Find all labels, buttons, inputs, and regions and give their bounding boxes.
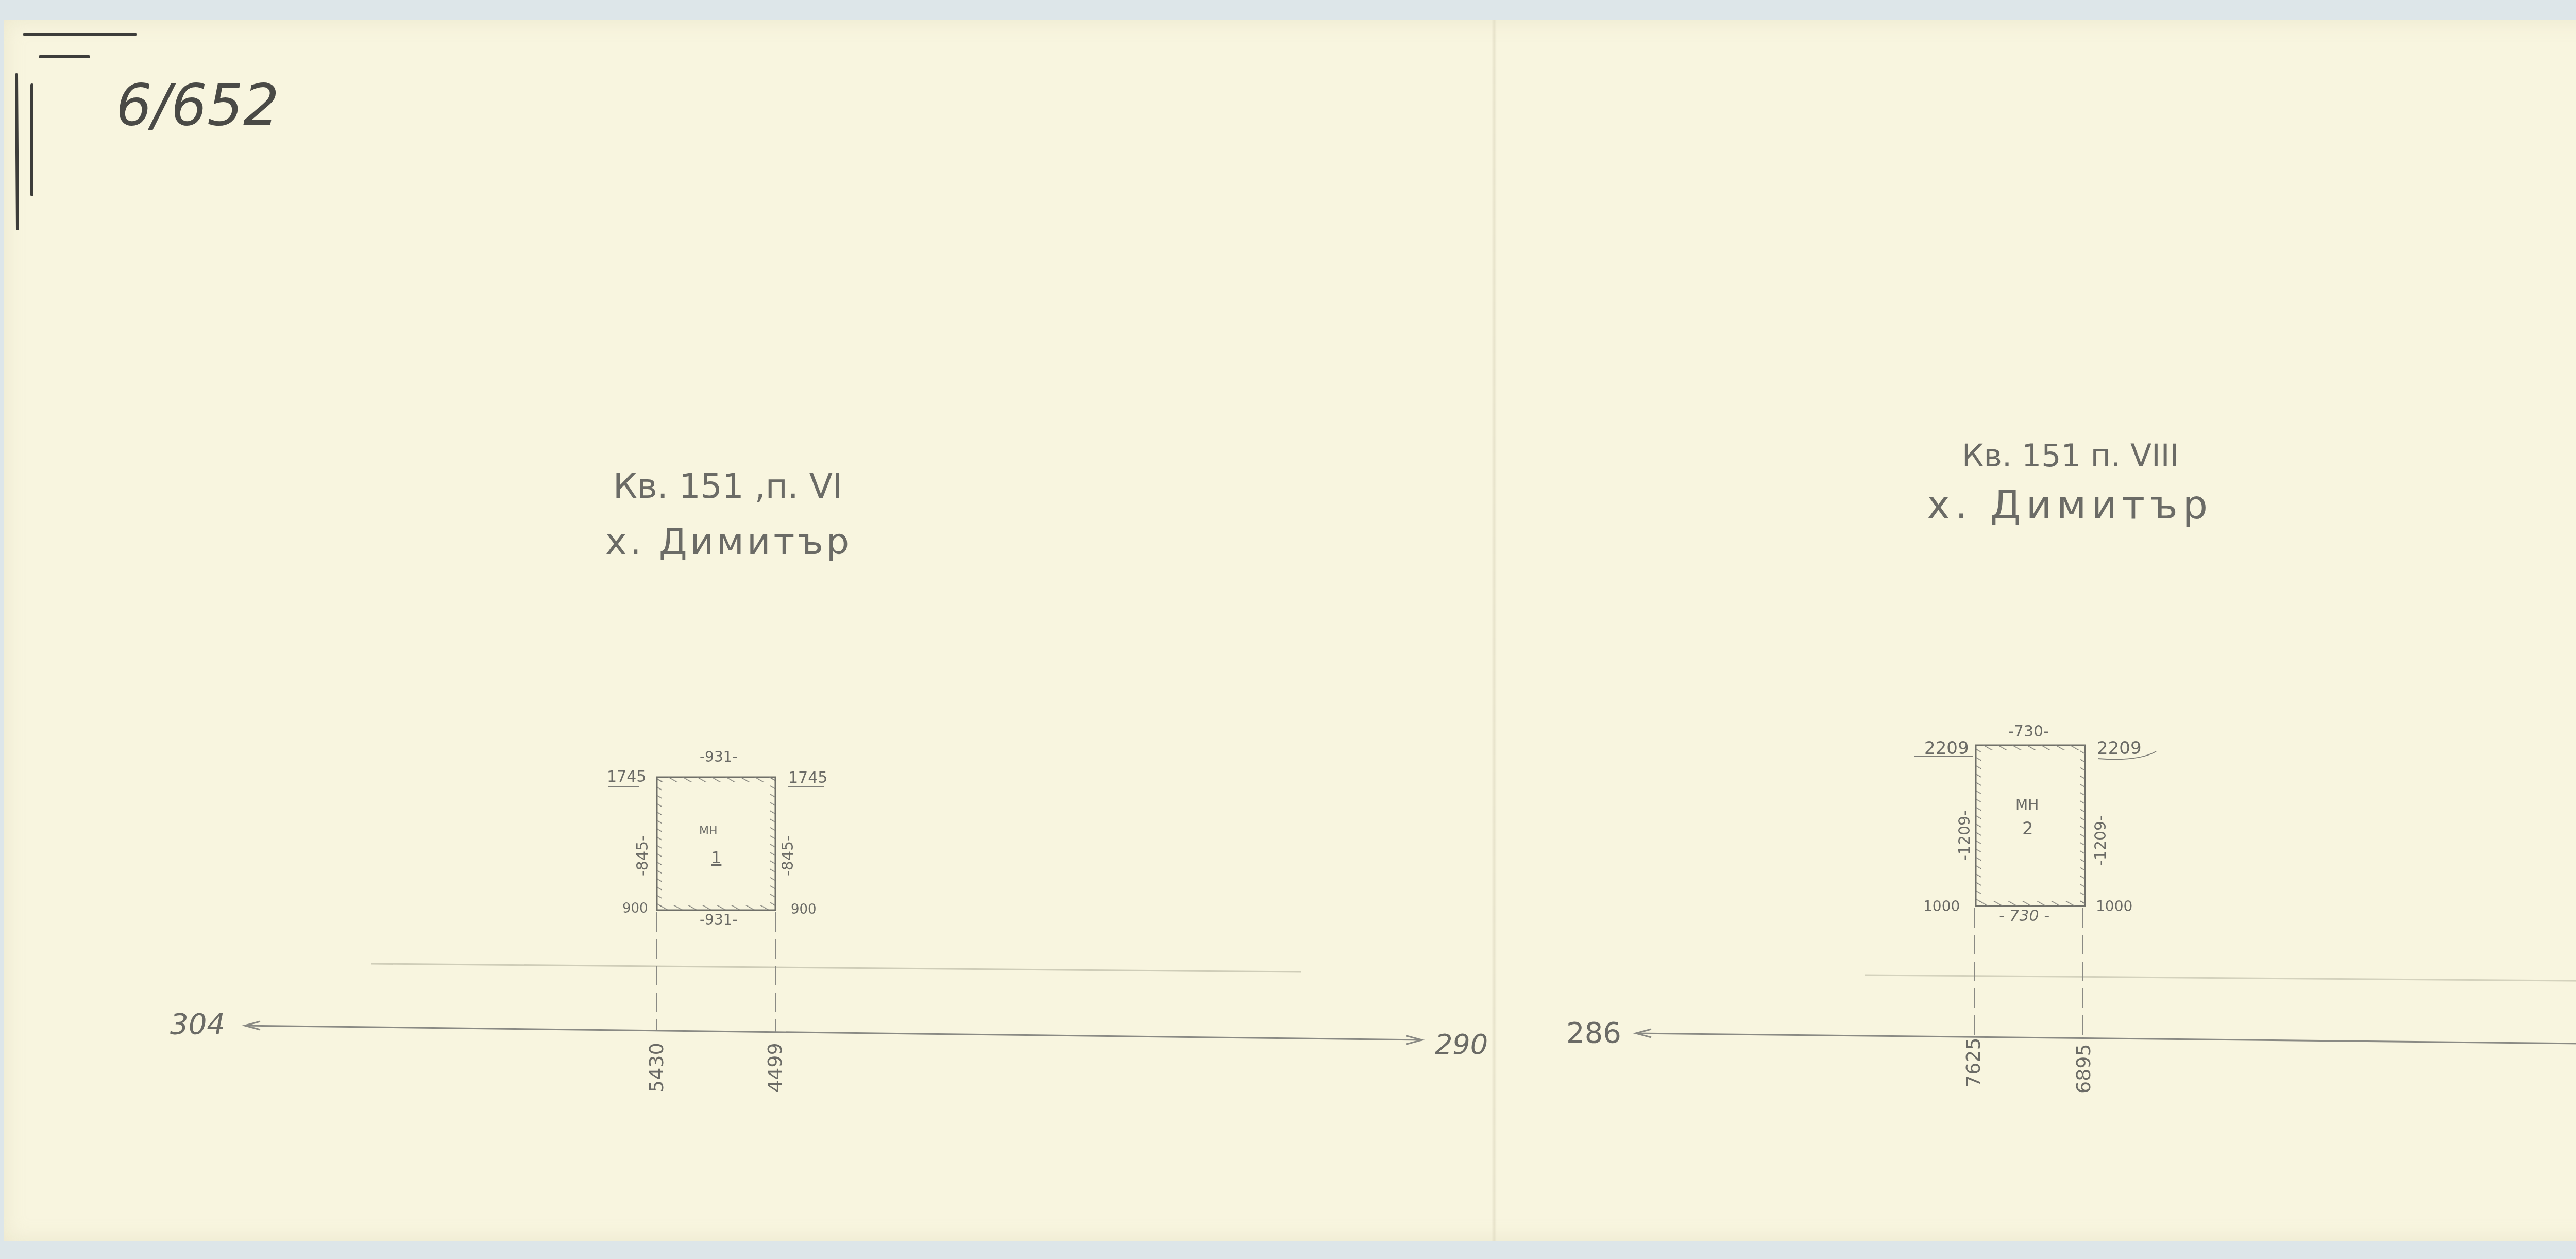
height-right-label: -1209-: [2092, 815, 2110, 866]
elevation-bottom-right: 1000: [2096, 898, 2132, 915]
axis-end-label: 290: [1435, 1028, 1488, 1061]
axis-right: [1636, 1029, 2576, 1050]
chainage-right: 6895: [2072, 1044, 2095, 1094]
plot-title-line2: х. Димитър: [1927, 482, 2213, 528]
elevation-bottom-left: 900: [622, 901, 648, 916]
elevation-bottom-left: 1000: [1923, 898, 1960, 915]
manhole-number: 2: [2022, 818, 2033, 839]
width-bottom-label: -931-: [700, 911, 738, 928]
elevation-top-left: 1745: [607, 768, 646, 786]
elevation-top-right: 1745: [788, 769, 827, 787]
manhole-label: МН: [699, 825, 718, 837]
height-left-label: -845-: [634, 835, 652, 876]
plot-title-line1: Кв. 151 ,п. VI: [613, 466, 842, 506]
elevation-top-right: 2209: [2097, 738, 2142, 759]
drawing-linework: [0, 0, 2576, 1259]
width-top-label: -730-: [2008, 723, 2049, 741]
archive-number: 6/652: [116, 72, 279, 138]
plot-title-line2: х. Димитър: [605, 521, 852, 563]
chainage-left: 7625: [1962, 1037, 1985, 1087]
width-top-label: -931-: [700, 748, 738, 765]
elevation-bottom-right: 900: [791, 902, 817, 917]
manhole-label: МН: [2015, 796, 2039, 813]
plot-title-line1: Кв. 151 п. VIII: [1962, 438, 2179, 474]
plot-rectangle-right: [1914, 745, 2156, 1039]
width-bottom-label: - 730 -: [1999, 907, 2049, 925]
axis-left: [245, 1021, 1422, 1044]
chainage-left: 5430: [645, 1043, 668, 1093]
elevation-top-left: 2209: [1924, 738, 1969, 759]
axis-start-label: 304: [170, 1008, 225, 1041]
axis-start-label: 286: [1566, 1016, 1621, 1050]
chainage-right: 4499: [764, 1043, 786, 1093]
height-left-label: -1209-: [1956, 810, 1974, 861]
manhole-number: 1: [711, 848, 721, 867]
height-right-label: -845-: [779, 835, 797, 876]
